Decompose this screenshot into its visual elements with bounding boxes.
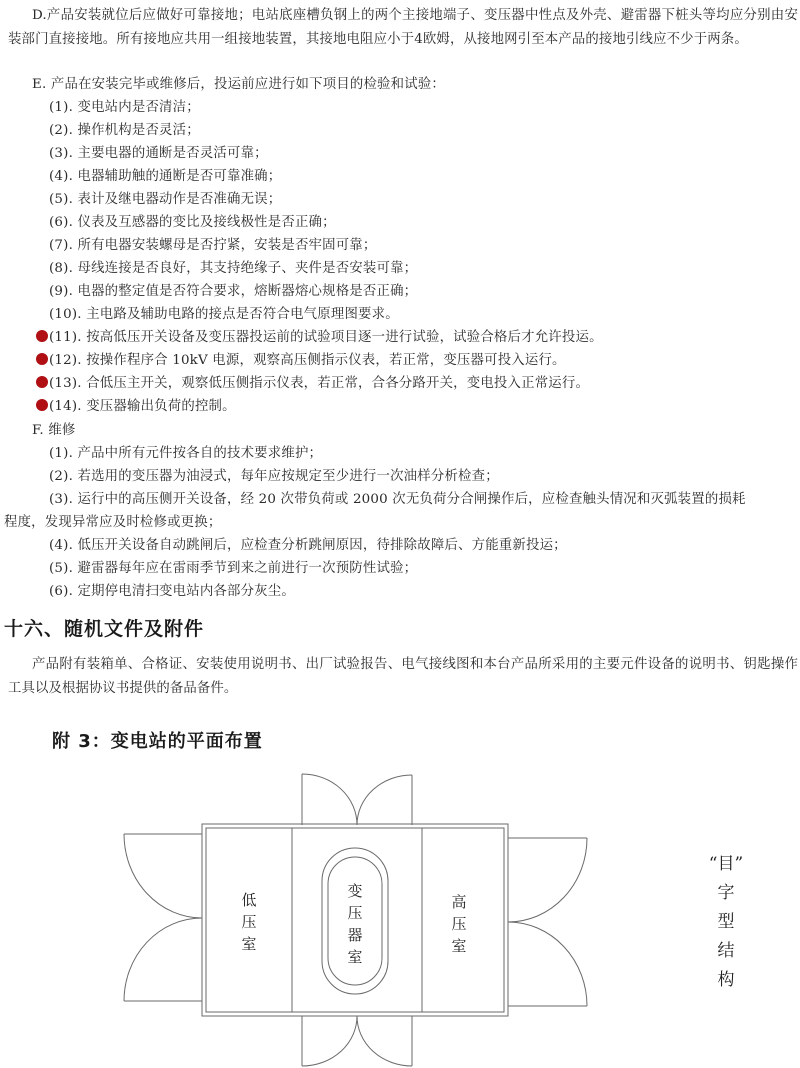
structure-label-char: 型 [706,908,746,937]
room-label-low-voltage: 低压室 [240,889,258,955]
structure-label-char: 字 [706,879,746,908]
structure-label-char: “目” [706,850,746,879]
right-door [508,838,587,1006]
structure-type-label: “目” 字 型 结 构 [706,850,746,995]
top-door [302,774,412,825]
room-label-high-voltage: 高压室 [450,891,468,957]
bottom-door [302,1016,412,1066]
structure-label-char: 结 [706,937,746,966]
substation-floor-plan [0,0,800,1068]
left-door [124,834,202,1001]
room-label-transformer: 变压器室 [346,880,364,968]
structure-label-char: 构 [706,966,746,995]
